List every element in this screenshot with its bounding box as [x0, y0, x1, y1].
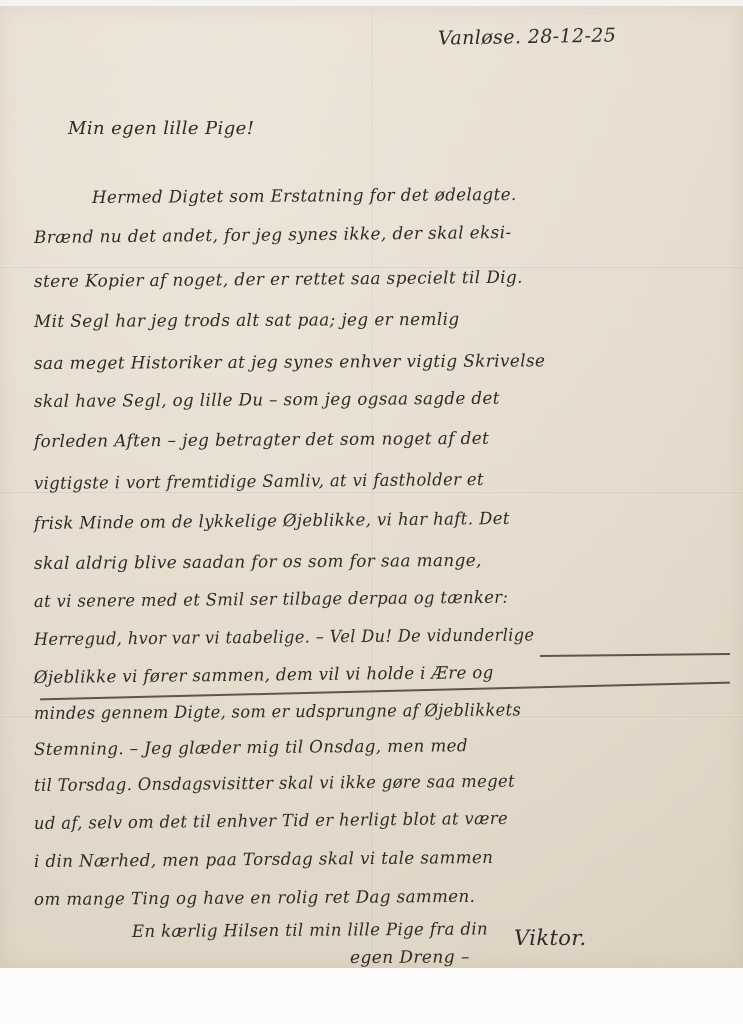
handwritten-text: Vanløse. 28-12-25 Min egen lille Pige! H…: [0, 6, 743, 968]
closing-line: En kærlig Hilsen til min lille Pige fra …: [132, 919, 488, 942]
body-line: Herregud, hvor var vi taabelige. – Vel D…: [34, 625, 535, 650]
body-line: Brænd nu det andet, for jeg synes ikke, …: [34, 223, 512, 248]
body-line: ud af, selv om det til enhver Tid er her…: [34, 809, 508, 834]
body-line: skal aldrig blive saadan for os som for …: [34, 551, 482, 574]
underline-stroke: [540, 653, 730, 656]
place-date: Vanløse. 28-12-25: [438, 24, 617, 49]
body-line: forleden Aften – jeg betragter det som n…: [34, 429, 489, 452]
body-line: saa meget Historiker at jeg synes enhver…: [34, 351, 545, 374]
scanned-letter: Vanløse. 28-12-25 Min egen lille Pige! H…: [0, 0, 743, 1024]
signature: Viktor.: [514, 926, 587, 950]
closing-line: egen Dreng –: [350, 947, 470, 968]
letter-paper: Vanløse. 28-12-25 Min egen lille Pige! H…: [0, 6, 743, 968]
body-line: i din Nærhed, men paa Torsdag skal vi ta…: [34, 848, 493, 872]
body-line: at vi senere med et Smil ser tilbage der…: [34, 588, 509, 612]
body-line: Stemning. – Jeg glæder mig til Onsdag, m…: [34, 736, 468, 760]
body-line: mindes gennem Digte, som er udsprungne a…: [34, 700, 521, 724]
body-line: til Torsdag. Onsdagsvisitter skal vi ikk…: [34, 772, 515, 796]
body-line: Øjeblikke vi fører sammen, dem vil vi ho…: [34, 663, 494, 688]
salutation: Min egen lille Pige!: [68, 118, 254, 139]
body-line: skal have Segl, og lille Du – som jeg og…: [34, 389, 500, 412]
body-line: Hermed Digtet som Erstatning for det øde…: [92, 185, 517, 208]
body-line: stere Kopier af noget, der er rettet saa…: [34, 268, 523, 292]
body-line: vigtigste i vort fremtidige Samliv, at v…: [34, 470, 484, 494]
body-line: frisk Minde om de lykkelige Øjeblikke, v…: [34, 509, 510, 534]
body-line: Mit Segl har jeg trods alt sat paa; jeg …: [34, 310, 460, 332]
body-line: om mange Ting og have en rolig ret Dag s…: [34, 887, 475, 910]
